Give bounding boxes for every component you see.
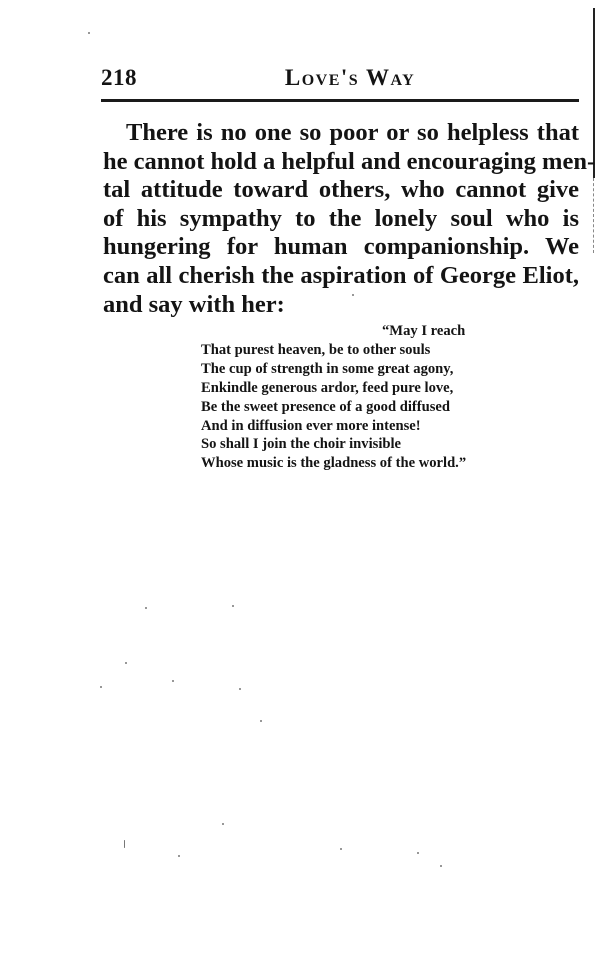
body-line: hungering for human companionship. We (103, 233, 579, 262)
poem-line: Be the sweet presence of a good diffused (201, 398, 521, 417)
scan-speck (222, 823, 224, 825)
scan-speck (124, 840, 125, 848)
poem-line: The cup of strength in some great agony, (201, 360, 521, 379)
page-edge-dashed-line (593, 178, 595, 253)
scan-speck (440, 865, 442, 867)
header-rule (101, 99, 579, 102)
running-title: Love's Way (101, 65, 579, 91)
scan-speck (352, 294, 354, 296)
poem-line: That purest heaven, be to other souls (201, 341, 521, 360)
body-line: There is no one so poor or so helpless t… (103, 119, 579, 148)
poem-line: And in diffusion ever more intense! (201, 417, 521, 436)
body-paragraph: There is no one so poor or so helpless t… (103, 119, 579, 319)
scan-speck (239, 688, 241, 690)
poem-line: Enkindle generous ardor, feed pure love, (201, 379, 521, 398)
scan-speck (340, 848, 342, 850)
scan-speck (172, 680, 174, 682)
poem-line: Whose music is the gladness of the world… (201, 454, 521, 473)
scan-speck (232, 605, 234, 607)
scan-speck (417, 852, 419, 854)
body-line: tal attitude toward others, who cannot g… (103, 176, 579, 205)
body-line: and say with her: (103, 291, 579, 320)
scan-speck (100, 686, 102, 688)
poem-quotation: “May I reach That purest heaven, be to o… (201, 322, 521, 473)
scan-speck (125, 662, 127, 664)
page-header: 218 Love's Way (101, 61, 579, 101)
body-line: he cannot hold a helpful and encouraging… (103, 148, 579, 177)
poem-line: “May I reach (201, 322, 521, 341)
scan-speck (260, 720, 262, 722)
body-line: can all cherish the aspiration of George… (103, 262, 579, 291)
poem-line: So shall I join the choir invisible (201, 435, 521, 454)
scan-speck (145, 607, 147, 609)
scan-speck (178, 855, 180, 857)
body-line: of his sympathy to the lonely soul who i… (103, 205, 579, 234)
scan-speck (88, 32, 90, 34)
